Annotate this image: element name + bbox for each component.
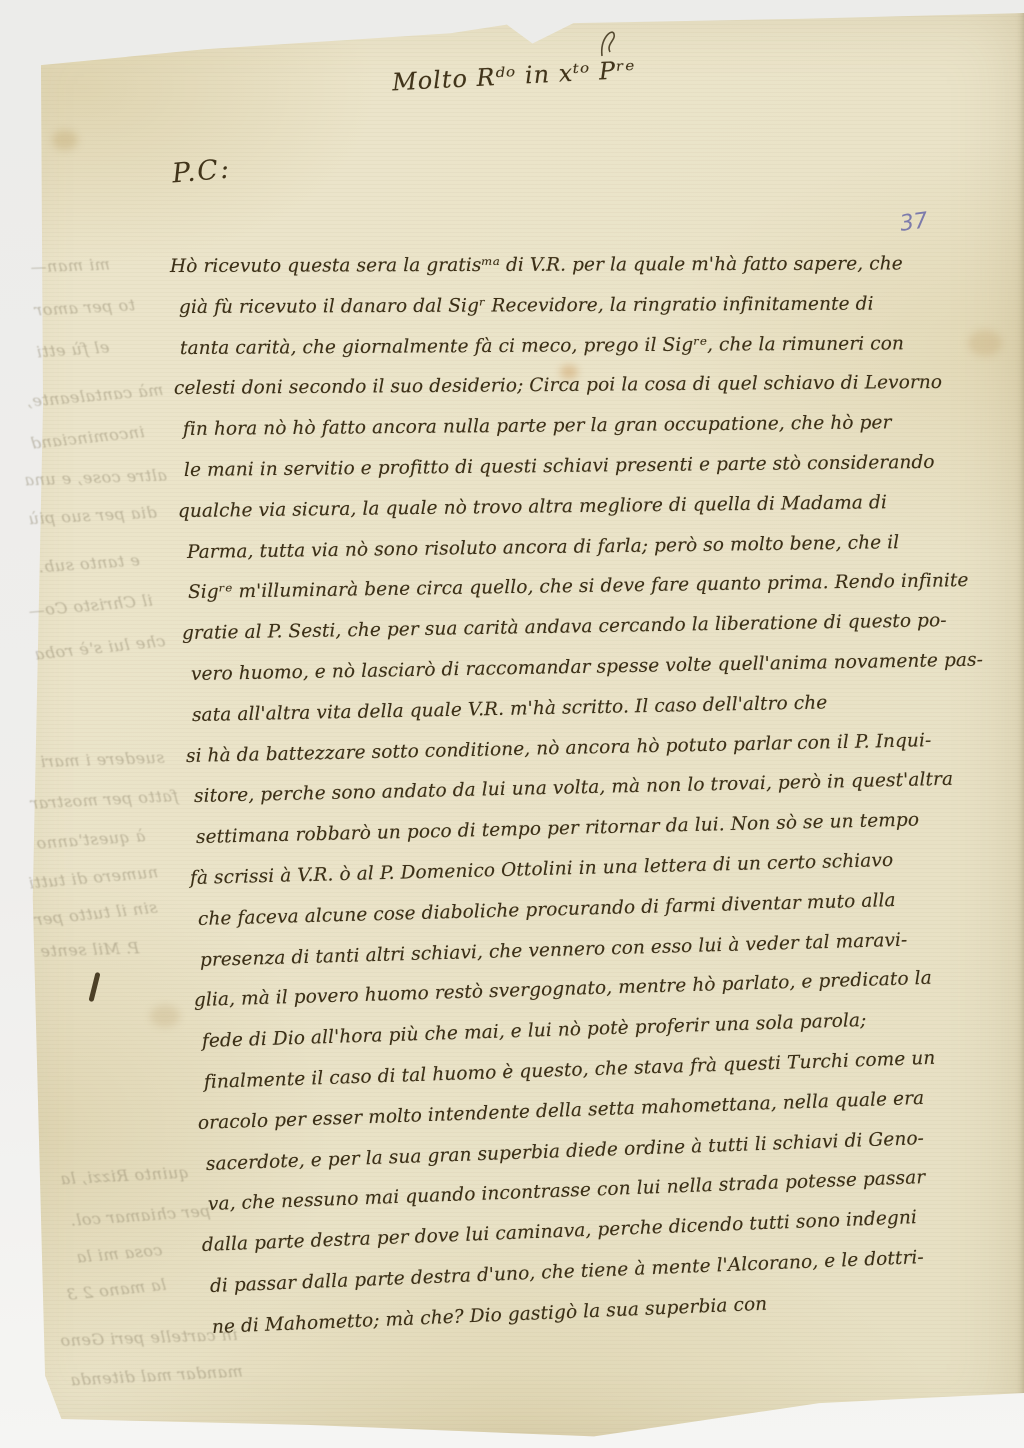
showthrough-fragment: mi man—	[30, 257, 110, 276]
showthrough-fragment: P. Mil sente	[40, 940, 140, 959]
handwritten-line: tanta carità, che giornalmente fà ci mec…	[180, 335, 904, 358]
handwritten-line: già fù ricevuto il danaro dal Sigʳ Recev…	[179, 295, 874, 317]
showthrough-fragment: suedere i mari	[40, 750, 165, 770]
ink-flourish	[596, 26, 626, 60]
salutation: P.C:	[171, 155, 232, 187]
archival-page-number: 37	[899, 210, 930, 236]
handwritten-line: Hò ricevuto questa sera la gratisᵐᵃ di V…	[170, 255, 903, 276]
scanned-letter-page: mi man—to per amorel fù ettimà cantalean…	[0, 0, 1024, 1448]
